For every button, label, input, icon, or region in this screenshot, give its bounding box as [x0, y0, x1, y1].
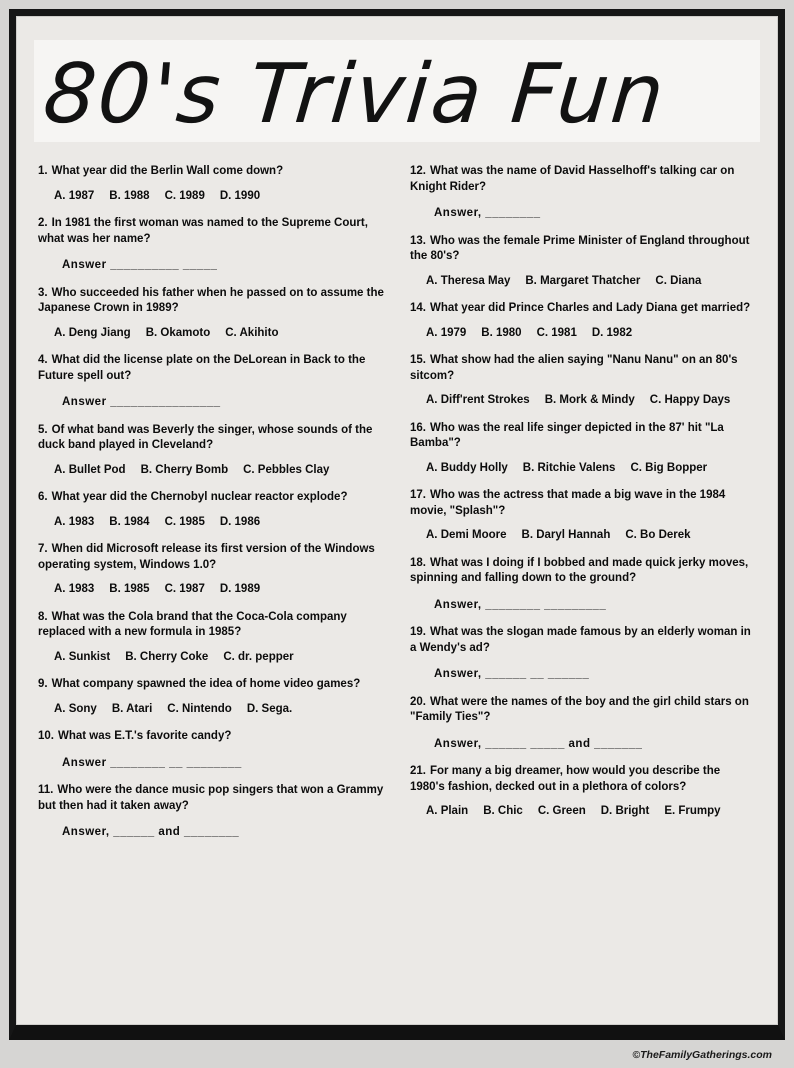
question-text: What year did the Berlin Wall come down?: [52, 165, 284, 177]
question-text-line: 8.What was the Cola brand that the Coca-…: [38, 610, 384, 641]
question-text: What was the name of David Hasselhoff's …: [410, 165, 734, 193]
option-choice: D. Bright: [601, 804, 650, 820]
question-text-line: 21.For many a big dreamer, how would you…: [410, 764, 756, 795]
question-number: 17.: [410, 489, 426, 501]
option-choice: A. Demi Moore: [426, 528, 507, 544]
answer-blank: Answer ________________: [62, 395, 384, 411]
option-choice: B. Cherry Bomb: [141, 463, 229, 479]
option-choice: C. dr. pepper: [223, 650, 293, 666]
question-item: 4.What did the license plate on the DeLo…: [38, 353, 384, 411]
question-number: 1.: [38, 165, 48, 177]
option-choice: A. Sony: [54, 702, 97, 718]
option-choice: C. 1981: [537, 326, 577, 342]
option-choice: B. Cherry Coke: [125, 650, 208, 666]
question-item: 20.What were the names of the boy and th…: [410, 695, 756, 753]
questions-right-column: 12.What was the name of David Hasselhoff…: [410, 164, 756, 853]
option-choice: B. Okamoto: [146, 326, 211, 342]
question-number: 6.: [38, 491, 48, 503]
question-item: 1.What year did the Berlin Wall come dow…: [38, 164, 384, 204]
question-item: 9.What company spawned the idea of home …: [38, 677, 384, 717]
answer-blank: Answer, ______ __ ______: [434, 667, 756, 683]
question-item: 14.What year did Prince Charles and Lady…: [410, 301, 756, 341]
question-text-line: 5.Of what band was Beverly the singer, w…: [38, 423, 384, 454]
question-text-line: 4.What did the license plate on the DeLo…: [38, 353, 384, 384]
question-text: In 1981 the first woman was named to the…: [38, 217, 368, 245]
question-text-line: 13.Who was the female Prime Minister of …: [410, 234, 756, 265]
question-text: Of what band was Beverly the singer, who…: [38, 424, 372, 452]
option-choice: C. Diana: [655, 274, 701, 290]
question-text: What was the Cola brand that the Coca-Co…: [38, 611, 347, 639]
question-text: What year did the Chernobyl nuclear reac…: [52, 491, 348, 503]
option-choice: D. Sega.: [247, 702, 292, 718]
question-options: A. Diff'rent StrokesB. Mork & MindyC. Ha…: [426, 393, 756, 409]
page-title: 80's Trivia Fun: [40, 54, 757, 136]
option-choice: C. Bo Derek: [625, 528, 690, 544]
question-number: 9.: [38, 678, 48, 690]
question-item: 21.For many a big dreamer, how would you…: [410, 764, 756, 820]
question-number: 16.: [410, 422, 426, 434]
question-options: A. PlainB. ChicC. GreenD. BrightE. Frump…: [426, 804, 756, 820]
answer-blank: Answer ________ __ ________: [62, 756, 384, 772]
question-text: For many a big dreamer, how would you de…: [410, 765, 720, 793]
option-choice: A. Sunkist: [54, 650, 110, 666]
question-item: 6.What year did the Chernobyl nuclear re…: [38, 490, 384, 530]
option-choice: C. Nintendo: [167, 702, 232, 718]
option-choice: A. 1987: [54, 189, 94, 205]
option-choice: A. Theresa May: [426, 274, 510, 290]
question-options: A. 1979B. 1980C. 1981D. 1982: [426, 326, 756, 342]
worksheet-content: 80's Trivia Fun 1.What year did the Berl…: [16, 16, 778, 1025]
question-text: What year did Prince Charles and Lady Di…: [430, 302, 750, 314]
question-text-line: 15.What show had the alien saying "Nanu …: [410, 353, 756, 384]
option-choice: A. Bullet Pod: [54, 463, 126, 479]
option-choice: D. 1989: [220, 582, 260, 598]
question-text-line: 6.What year did the Chernobyl nuclear re…: [38, 490, 384, 506]
question-number: 19.: [410, 626, 426, 638]
option-choice: C. 1989: [165, 189, 205, 205]
question-text: What company spawned the idea of home vi…: [52, 678, 361, 690]
question-options: A. Buddy HollyB. Ritchie ValensC. Big Bo…: [426, 461, 756, 477]
question-number: 12.: [410, 165, 426, 177]
question-columns: 1.What year did the Berlin Wall come dow…: [32, 156, 762, 853]
question-number: 20.: [410, 696, 426, 708]
option-choice: B. 1984: [109, 515, 149, 531]
question-options: A. 1983B. 1984C. 1985D. 1986: [54, 515, 384, 531]
option-choice: A. 1983: [54, 582, 94, 598]
option-choice: B. Atari: [112, 702, 152, 718]
question-text-line: 7.When did Microsoft release its first v…: [38, 542, 384, 573]
question-options: A. Deng JiangB. OkamotoC. Akihito: [54, 326, 384, 342]
question-options: A. SonyB. AtariC. NintendoD. Sega.: [54, 702, 384, 718]
question-text: When did Microsoft release its first ver…: [38, 543, 375, 571]
answer-blank: Answer, ______ _____ and _______: [434, 737, 756, 753]
question-number: 13.: [410, 235, 426, 247]
question-number: 18.: [410, 557, 426, 569]
question-text-line: 17.Who was the actress that made a big w…: [410, 488, 756, 519]
option-choice: A. Deng Jiang: [54, 326, 131, 342]
question-text: Who was the actress that made a big wave…: [410, 489, 725, 517]
question-number: 2.: [38, 217, 48, 229]
question-text-line: 18.What was I doing if I bobbed and made…: [410, 556, 756, 587]
question-options: A. SunkistB. Cherry CokeC. dr. pepper: [54, 650, 384, 666]
question-text-line: 14.What year did Prince Charles and Lady…: [410, 301, 756, 317]
title-band: 80's Trivia Fun: [34, 40, 760, 142]
question-text-line: 20.What were the names of the boy and th…: [410, 695, 756, 726]
question-number: 15.: [410, 354, 426, 366]
question-number: 5.: [38, 424, 48, 436]
question-text-line: 19.What was the slogan made famous by an…: [410, 625, 756, 656]
question-number: 8.: [38, 611, 48, 623]
question-text: What show had the alien saying "Nanu Nan…: [410, 354, 738, 382]
question-text: What was the slogan made famous by an el…: [410, 626, 751, 654]
option-choice: B. 1985: [109, 582, 149, 598]
question-options: A. Theresa MayB. Margaret ThatcherC. Dia…: [426, 274, 756, 290]
option-choice: C. 1985: [165, 515, 205, 531]
question-text: Who was the real life singer depicted in…: [410, 422, 724, 450]
option-choice: B. 1988: [109, 189, 149, 205]
question-item: 3.Who succeeded his father when he passe…: [38, 286, 384, 342]
question-item: 11.Who were the dance music pop singers …: [38, 783, 384, 841]
question-number: 14.: [410, 302, 426, 314]
option-choice: C. Green: [538, 804, 586, 820]
option-choice: C. Big Bopper: [630, 461, 707, 477]
question-item: 2.In 1981 the first woman was named to t…: [38, 216, 384, 274]
question-item: 8.What was the Cola brand that the Coca-…: [38, 610, 384, 666]
option-choice: B. Chic: [483, 804, 523, 820]
question-text-line: 10.What was E.T.'s favorite candy?: [38, 729, 384, 745]
option-choice: D. 1982: [592, 326, 632, 342]
option-choice: A. Buddy Holly: [426, 461, 508, 477]
option-choice: D. 1986: [220, 515, 260, 531]
question-options: A. 1987B. 1988C. 1989D. 1990: [54, 189, 384, 205]
option-choice: C. Pebbles Clay: [243, 463, 329, 479]
option-choice: B. Margaret Thatcher: [525, 274, 640, 290]
question-number: 21.: [410, 765, 426, 777]
question-number: 7.: [38, 543, 48, 555]
question-options: A. Bullet PodB. Cherry BombC. Pebbles Cl…: [54, 463, 384, 479]
question-text: What did the license plate on the DeLore…: [38, 354, 365, 382]
question-text: Who was the female Prime Minister of Eng…: [410, 235, 749, 263]
question-text-line: 11.Who were the dance music pop singers …: [38, 783, 384, 814]
question-text-line: 16.Who was the real life singer depicted…: [410, 421, 756, 452]
question-item: 7.When did Microsoft release its first v…: [38, 542, 384, 598]
option-choice: B. Mork & Mindy: [545, 393, 635, 409]
question-options: A. Demi MooreB. Daryl HannahC. Bo Derek: [426, 528, 756, 544]
question-item: 13.Who was the female Prime Minister of …: [410, 234, 756, 290]
question-number: 11.: [38, 784, 53, 796]
option-choice: B. Daryl Hannah: [522, 528, 611, 544]
question-text: What was I doing if I bobbed and made qu…: [410, 557, 748, 585]
question-item: 16.Who was the real life singer depicted…: [410, 421, 756, 477]
answer-blank: Answer, ________ _________: [434, 598, 756, 614]
option-choice: A. Plain: [426, 804, 468, 820]
question-text-line: 2.In 1981 the first woman was named to t…: [38, 216, 384, 247]
questions-left-column: 1.What year did the Berlin Wall come dow…: [38, 164, 384, 853]
question-options: A. 1983B. 1985C. 1987D. 1989: [54, 582, 384, 598]
option-choice: B. Ritchie Valens: [523, 461, 616, 477]
question-item: 19.What was the slogan made famous by an…: [410, 625, 756, 683]
question-text-line: 3.Who succeeded his father when he passe…: [38, 286, 384, 317]
question-text-line: 9.What company spawned the idea of home …: [38, 677, 384, 693]
option-choice: B. 1980: [481, 326, 521, 342]
question-item: 17.Who was the actress that made a big w…: [410, 488, 756, 544]
option-choice: C. Akihito: [225, 326, 278, 342]
question-item: 12.What was the name of David Hasselhoff…: [410, 164, 756, 222]
answer-blank: Answer, ________: [434, 206, 756, 222]
answer-blank: Answer, ______ and ________: [62, 825, 384, 841]
question-number: 4.: [38, 354, 48, 366]
option-choice: E. Frumpy: [664, 804, 720, 820]
answer-blank: Answer __________ _____: [62, 258, 384, 274]
question-item: 18.What was I doing if I bobbed and made…: [410, 556, 756, 614]
question-item: 10.What was E.T.'s favorite candy?Answer…: [38, 729, 384, 771]
question-item: 5.Of what band was Beverly the singer, w…: [38, 423, 384, 479]
worksheet-page: 80's Trivia Fun 1.What year did the Berl…: [9, 9, 785, 1040]
option-choice: A. 1979: [426, 326, 466, 342]
option-choice: A. 1983: [54, 515, 94, 531]
option-choice: A. Diff'rent Strokes: [426, 393, 530, 409]
footer-credit: ©TheFamilyGatherings.com: [632, 1049, 772, 1061]
question-item: 15.What show had the alien saying "Nanu …: [410, 353, 756, 409]
question-text: What were the names of the boy and the g…: [410, 696, 749, 724]
question-text: Who succeeded his father when he passed …: [38, 287, 384, 315]
question-number: 3.: [38, 287, 48, 299]
question-text: Who were the dance music pop singers tha…: [38, 784, 383, 812]
question-text-line: 12.What was the name of David Hasselhoff…: [410, 164, 756, 195]
question-text-line: 1.What year did the Berlin Wall come dow…: [38, 164, 384, 180]
question-text: What was E.T.'s favorite candy?: [58, 730, 231, 742]
question-number: 10.: [38, 730, 54, 742]
option-choice: D. 1990: [220, 189, 260, 205]
option-choice: C. Happy Days: [650, 393, 731, 409]
option-choice: C. 1987: [165, 582, 205, 598]
